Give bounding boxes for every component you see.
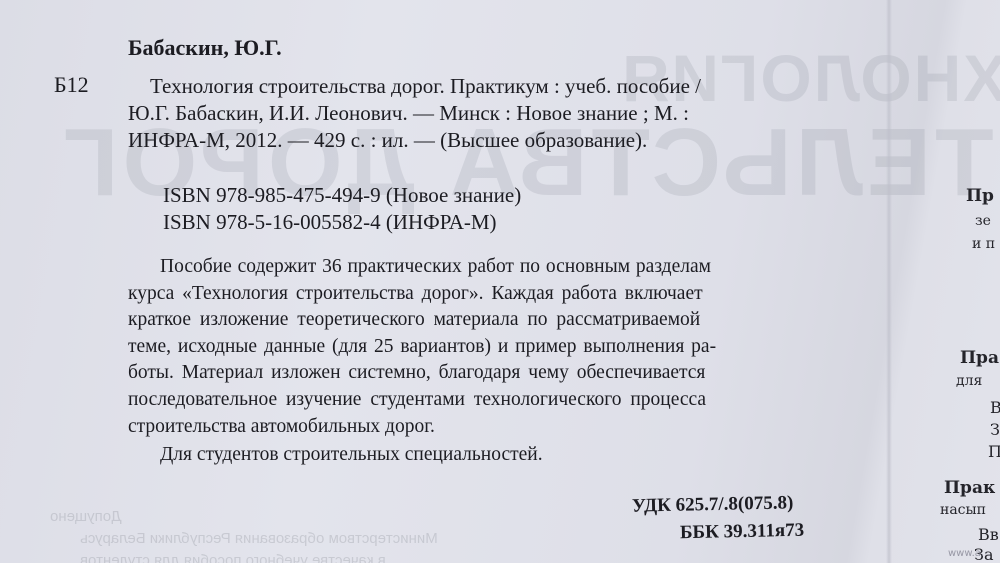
bleed-through-small-2: Министерством образования Республики Бел… bbox=[80, 530, 438, 547]
description-line: ИНФРА-М, 2012. — 429 с. : ил. — (Высшее … bbox=[128, 128, 647, 152]
isbn-line: ISBN 978-5-16-005582-4 (ИНФРА-М) bbox=[163, 210, 497, 234]
classification-code: Б12 bbox=[54, 73, 89, 97]
adjacent-page-fragment: зе bbox=[975, 213, 991, 229]
description-line: Ю.Г. Бабаскин, И.И. Леонович. — Минск : … bbox=[128, 101, 689, 125]
bleed-through-small-1: Допущено bbox=[50, 508, 121, 525]
adjacent-page-fragment: В bbox=[990, 398, 1000, 417]
annotation-line: Пособие содержит 36 практических работ п… bbox=[160, 255, 711, 279]
adjacent-page-fragment: Пр bbox=[966, 186, 994, 206]
description-line: Технология строительства дорог. Практику… bbox=[150, 74, 701, 98]
audience-line: Для студентов строительных специальносте… bbox=[160, 443, 543, 467]
adjacent-page-fragment: и п bbox=[972, 236, 995, 252]
adjacent-page-fragment: для bbox=[956, 373, 982, 389]
book-page-photo: ТЕХНОЛОГИЯ СТРОИТЕЛЬСТВА ДОРОГ Допущено … bbox=[0, 0, 1000, 563]
adjacent-page-fragment: Пра bbox=[960, 348, 999, 368]
bbk-code: ББК 39.311я73 bbox=[680, 519, 805, 546]
adjacent-page-fragment: П bbox=[988, 442, 1000, 461]
bleed-through-small-3: в качестве учебного пособия для студенто… bbox=[80, 552, 386, 563]
author-heading: Бабаскин, Ю.Г. bbox=[128, 36, 282, 60]
adjacent-page-fragment: насып bbox=[940, 502, 986, 518]
isbn-line: ISBN 978-985-475-494-9 (Новое знание) bbox=[163, 183, 521, 207]
annotation-line: последовательное изучение студентами тех… bbox=[128, 388, 706, 412]
adjacent-page-fragment: Вв bbox=[978, 525, 999, 544]
annotation-line: боты. Материал изложен системно, благода… bbox=[128, 361, 705, 385]
annotation-line: курса «Технология строительства дорог». … bbox=[128, 282, 703, 306]
page-fold bbox=[886, 0, 892, 563]
adjacent-page-fragment: З bbox=[990, 420, 1000, 439]
adjacent-page-fragment: Прак bbox=[944, 478, 995, 498]
annotation-line: краткое изложение теоретического материа… bbox=[128, 308, 700, 332]
annotation-line: строительства автомобильных дорог. bbox=[128, 415, 435, 439]
watermark: www.a... bbox=[948, 548, 990, 559]
udk-code: УДК 625.7/.8(075.8) bbox=[632, 491, 794, 518]
annotation-line: теме, исходные данные (для 25 вариантов)… bbox=[128, 335, 716, 359]
